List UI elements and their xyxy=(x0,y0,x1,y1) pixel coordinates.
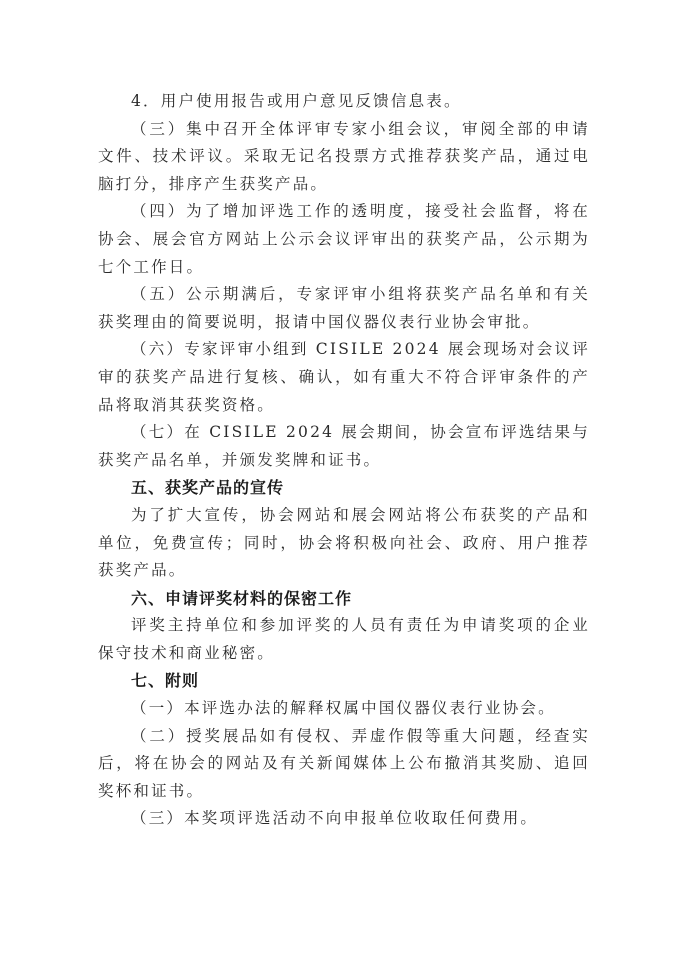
section-heading-supplementary: 七、附则 xyxy=(98,667,590,695)
section-heading-publicity: 五、获奖产品的宣传 xyxy=(98,474,590,502)
paragraph-step-5: （五）公示期满后，专家评审小组将获奖产品名单和有关获奖理由的简要说明，报请中国仪… xyxy=(98,281,590,336)
paragraph-step-4: （四）为了增加评选工作的透明度，接受社会监督，将在协会、展会官方网站上公示会议评… xyxy=(98,198,590,281)
paragraph-user-report: 4．用户使用报告或用户意见反馈信息表。 xyxy=(98,88,590,116)
paragraph-supplementary-3: （三）本奖项评选活动不向申报单位收取任何费用。 xyxy=(98,805,590,833)
paragraph-confidentiality: 评奖主持单位和参加评奖的人员有责任为申请奖项的企业保守技术和商业秘密。 xyxy=(98,612,590,667)
document-page: 4．用户使用报告或用户意见反馈信息表。 （三）集中召开全体评审专家小组会议，审阅… xyxy=(98,88,590,833)
paragraph-step-7: （七）在 CISILE 2024 展会期间，协会宣布评选结果与获奖产品名单，并颁… xyxy=(98,419,590,474)
paragraph-publicity: 为了扩大宣传，协会网站和展会网站将公布获奖的产品和单位，免费宣传；同时，协会将积… xyxy=(98,502,590,585)
paragraph-supplementary-1: （一）本评选办法的解释权属中国仪器仪表行业协会。 xyxy=(98,695,590,723)
section-heading-confidentiality: 六、申请评奖材料的保密工作 xyxy=(98,585,590,613)
paragraph-step-6: （六）专家评审小组到 CISILE 2024 展会现场对会议评审的获奖产品进行复… xyxy=(98,336,590,419)
paragraph-step-3: （三）集中召开全体评审专家小组会议，审阅全部的申请文件、技术评议。采取无记名投票… xyxy=(98,116,590,199)
paragraph-supplementary-2: （二）授奖展品如有侵权、弄虚作假等重大问题，经查实后，将在协会的网站及有关新闻媒… xyxy=(98,723,590,806)
